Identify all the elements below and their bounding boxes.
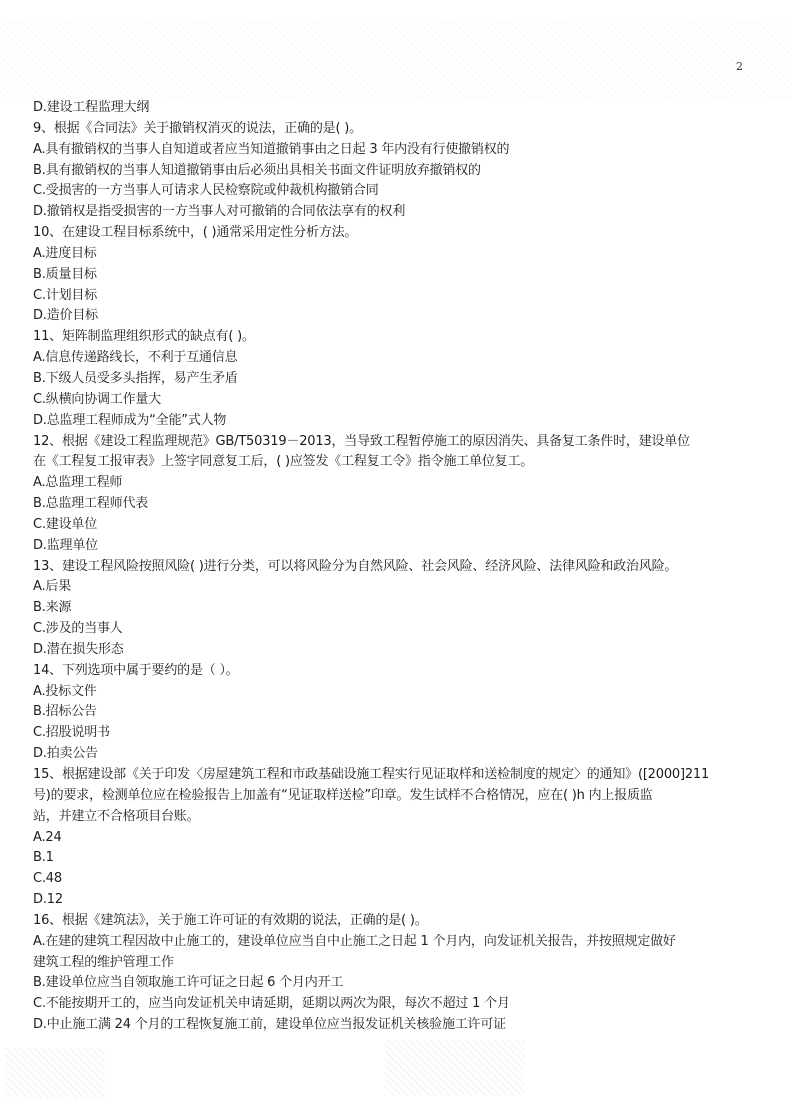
option-line: 建筑工程的维护管理工作: [33, 953, 763, 974]
question-line: 16、根据《建筑法》，关于施工许可证的有效期的说法，正确的是( )。: [33, 911, 763, 932]
page-number: 2: [736, 60, 743, 73]
option-line: B.建设单位应当自领取施工许可证之日起 6 个月内开工: [33, 973, 763, 994]
option-line: A.在建的建筑工程因故中止施工的，建设单位应当自中止施工之日起 1 个月内，向发…: [33, 932, 763, 953]
option-line: C.招股说明书: [33, 723, 763, 744]
question-line: 在《工程复工报审表》上签字同意复工后，( )应签发《工程复工令》指令施工单位复工…: [33, 452, 763, 473]
option-line: A.总监理工程师: [33, 473, 763, 494]
option-line: A.24: [33, 828, 763, 849]
option-line: D.拍卖公告: [33, 744, 763, 765]
option-line: C.纵横向协调工作量大: [33, 390, 763, 411]
option-line: D.总监理工程师成为“全能”式人物: [33, 411, 763, 432]
option-line: B.具有撤销权的当事人知道撤销事由后必须出具相关书面文件证明放弃撤销权的: [33, 161, 763, 182]
option-line: C.建设单位: [33, 515, 763, 536]
question-line: 11、矩阵制监理组织形式的缺点有( )。: [33, 327, 763, 348]
option-line: B.质量目标: [33, 265, 763, 286]
option-line: C.计划目标: [33, 286, 763, 307]
option-line: C.48: [33, 869, 763, 890]
option-line: C.受损害的一方当事人可请求人民检察院或仲裁机构撤销合同: [33, 181, 763, 202]
option-line: D.撤销权是指受损害的一方当事人对可撤销的合同依法享有的权利: [33, 202, 763, 223]
option-line: D.造价目标: [33, 306, 763, 327]
option-line: B.招标公告: [33, 702, 763, 723]
option-line: C.不能按期开工的，应当向发证机关申请延期，延期以两次为限，每次不超过 1 个月: [33, 994, 763, 1015]
option-line: A.后果: [33, 577, 763, 598]
question-line: 14、下列选项中属于要约的是（ ）。: [33, 661, 763, 682]
option-line: D.中止施工满 24 个月的工程恢复施工前，建设单位应当报发证机关核验施工许可证: [33, 1015, 763, 1036]
question-line: 站，并建立不合格项目台账。: [33, 807, 763, 828]
option-line: A.信息传递路线长，不利于互通信息: [33, 348, 763, 369]
scan-noise-bottom-right: [385, 1040, 525, 1095]
scan-noise-top: [0, 20, 792, 100]
option-line: A.具有撤销权的当事人自知道或者应当知道撤销事由之日起 3 年内没有行使撤销权的: [33, 140, 763, 161]
option-line: D.建设工程监理大纲: [33, 98, 763, 119]
question-line: 13、建设工程风险按照风险( )进行分类，可以将风险分为自然风险、社会风险、经济…: [33, 557, 763, 578]
option-line: D.潜在损失形态: [33, 640, 763, 661]
option-line: B.来源: [33, 598, 763, 619]
question-line: 号)的要求，检测单位应在检验报告上加盖有“见证取样送检”印章。发生试样不合格情况…: [33, 786, 763, 807]
option-line: D.监理单位: [33, 536, 763, 557]
option-line: B.总监理工程师代表: [33, 494, 763, 515]
option-line: B.1: [33, 848, 763, 869]
option-line: A.进度目标: [33, 244, 763, 265]
question-line: 15、根据建设部《关于印发〈房屋建筑工程和市政基础设施工程实行见证取样和送检制度…: [33, 765, 763, 786]
question-line: 9、根据《合同法》关于撤销权消灭的说法，正确的是( )。: [33, 119, 763, 140]
option-line: B.下级人员受多头指挥，易产生矛盾: [33, 369, 763, 390]
question-line: 10、在建设工程目标系统中，( )通常采用定性分析方法。: [33, 223, 763, 244]
question-line: 12、根据《建设工程监理规范》GB/T50319－2013，当导致工程暂停施工的…: [33, 432, 763, 453]
option-line: C.涉及的当事人: [33, 619, 763, 640]
option-line: D.12: [33, 890, 763, 911]
scan-noise-bottom-left: [5, 1048, 105, 1098]
document-body: D.建设工程监理大纲9、根据《合同法》关于撤销权消灭的说法，正确的是( )。A.…: [33, 98, 763, 1036]
option-line: A.投标文件: [33, 682, 763, 703]
